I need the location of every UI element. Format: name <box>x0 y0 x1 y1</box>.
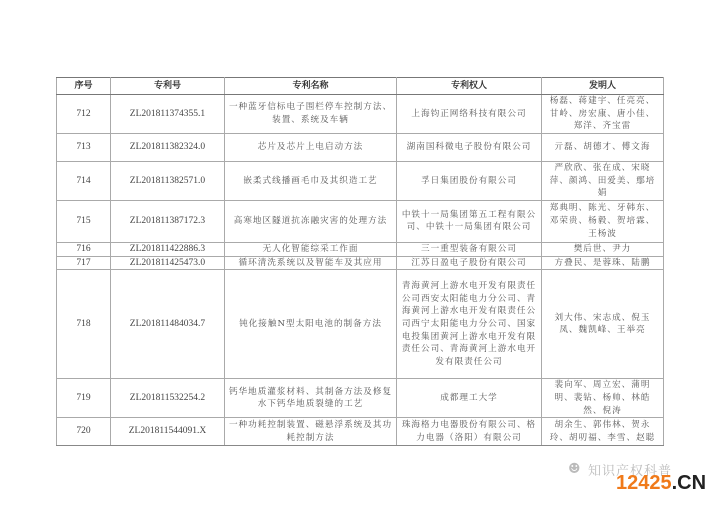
table-header-row: 序号 专利号 专利名称 专利权人 发明人 <box>57 78 664 95</box>
header-patent-owner: 专利权人 <box>397 78 542 95</box>
cell-patent-owner: 江苏日盈电子股份有限公司 <box>397 256 542 270</box>
cell-inventors: 刘大伟、宋志成、倪玉凤、魏凯峰、王举亮 <box>542 270 664 379</box>
cell-patent-number: ZL201811484034.7 <box>111 270 225 379</box>
table-row: 716 ZL201811422886.3 无人化智能综采工作面 三一重型装备有限… <box>57 242 664 256</box>
cell-seq: 713 <box>57 134 111 162</box>
cell-inventors: 裴向军、周立宏、蒲明明、裴钻、杨帅、林皓然、倪涛 <box>542 379 664 418</box>
cell-inventors: 郑典明、陈光、牙韩东、邓荣贵、杨毅、贺培霖、王杨波 <box>542 200 664 242</box>
cell-patent-name: 钝化接触N型太阳电池的制备方法 <box>225 270 397 379</box>
cell-patent-number: ZL201811382571.0 <box>111 162 225 201</box>
table-row: 714 ZL201811382571.0 嵌柔式线播画毛巾及其织造工艺 孚日集团… <box>57 162 664 201</box>
watermark: ☻ 知识产权科普 12425.CN <box>562 460 712 500</box>
cell-seq: 718 <box>57 270 111 379</box>
cell-patent-number: ZL201811532254.2 <box>111 379 225 418</box>
cell-seq: 716 <box>57 242 111 256</box>
cell-seq: 720 <box>57 418 111 446</box>
cell-patent-name: 嵌柔式线播画毛巾及其织造工艺 <box>225 162 397 201</box>
cell-patent-name: 钙华地质灌浆材料、其制备方法及修复水下钙华地质裂缝的工艺 <box>225 379 397 418</box>
cell-patent-owner: 青海黄河上游水电开发有限责任公司西安太阳能电力分公司、青海黄河上游水电开发有限责… <box>397 270 542 379</box>
watermark-site-number: 12425 <box>616 472 672 494</box>
cell-patent-number: ZL201811382324.0 <box>111 134 225 162</box>
table-row: 713 ZL201811382324.0 芯片及芯片上电启动方法 湖南国科微电子… <box>57 134 664 162</box>
header-patent-name: 专利名称 <box>225 78 397 95</box>
cell-patent-name: 一种蓝牙信标电子围栏停车控制方法、装置、系统及车辆 <box>225 95 397 134</box>
cell-seq: 714 <box>57 162 111 201</box>
cell-inventors: 杨磊、蒋建宇、任亮亮、甘岭、房宏康、唐小佳、郑洋、齐宝雷 <box>542 95 664 134</box>
table-row: 718 ZL201811484034.7 钝化接触N型太阳电池的制备方法 青海黄… <box>57 270 664 379</box>
header-seq: 序号 <box>57 78 111 95</box>
cell-inventors: 胡余生、郭伟林、贺永玲、胡叨福、李雪、赵聪 <box>542 418 664 446</box>
table-row: 712 ZL201811374355.1 一种蓝牙信标电子围栏停车控制方法、装置… <box>57 95 664 134</box>
cell-patent-name: 无人化智能综采工作面 <box>225 242 397 256</box>
header-inventors: 发明人 <box>542 78 664 95</box>
cell-inventors: 亓磊、胡德才、傅文海 <box>542 134 664 162</box>
cell-patent-owner: 三一重型装备有限公司 <box>397 242 542 256</box>
cell-patent-owner: 孚日集团股份有限公司 <box>397 162 542 201</box>
cell-seq: 715 <box>57 200 111 242</box>
cell-patent-name: 高寒地区隧道抗冻融灾害的处理方法 <box>225 200 397 242</box>
header-patent-number: 专利号 <box>111 78 225 95</box>
table-row: 717 ZL201811425473.0 循环清洗系统以及智能车及其应用 江苏日… <box>57 256 664 270</box>
table-row: 715 ZL201811387172.3 高寒地区隧道抗冻融灾害的处理方法 中铁… <box>57 200 664 242</box>
cell-inventors: 方叠民、是蓉珠、陆鹏 <box>542 256 664 270</box>
table-row: 720 ZL201811544091.X 一种功耗控制装置、磁悬浮系统及其功耗控… <box>57 418 664 446</box>
cell-patent-number: ZL201811374355.1 <box>111 95 225 134</box>
cell-patent-name: 循环清洗系统以及智能车及其应用 <box>225 256 397 270</box>
cell-patent-owner: 中铁十一局集团第五工程有限公司、中铁十一局集团有限公司 <box>397 200 542 242</box>
cell-inventors: 严欣欣、张在成、宋晓萍、颜鸿、田爱美、鄢培娟 <box>542 162 664 201</box>
cell-seq: 717 <box>57 256 111 270</box>
patent-table: 序号 专利号 专利名称 专利权人 发明人 712 ZL201811374355.… <box>56 77 664 446</box>
cell-seq: 719 <box>57 379 111 418</box>
cell-inventors: 樊后世、尹力 <box>542 242 664 256</box>
cell-patent-name: 芯片及芯片上电启动方法 <box>225 134 397 162</box>
cell-patent-number: ZL201811425473.0 <box>111 256 225 270</box>
table-row: 719 ZL201811532254.2 钙华地质灌浆材料、其制备方法及修复水下… <box>57 379 664 418</box>
watermark-site-suffix: .CN <box>672 472 706 494</box>
watermark-site: 12425.CN <box>616 472 706 495</box>
cell-patent-owner: 上海钧正网络科技有限公司 <box>397 95 542 134</box>
cell-patent-owner: 湖南国科微电子股份有限公司 <box>397 134 542 162</box>
cell-patent-owner: 成都理工大学 <box>397 379 542 418</box>
cell-patent-owner: 珠海格力电器股份有限公司、格力电器（洛阳）有限公司 <box>397 418 542 446</box>
cell-patent-name: 一种功耗控制装置、磁悬浮系统及其功耗控制方法 <box>225 418 397 446</box>
cell-patent-number: ZL201811422886.3 <box>111 242 225 256</box>
cell-patent-number: ZL201811387172.3 <box>111 200 225 242</box>
wechat-icon: ☻ <box>568 461 581 477</box>
cell-patent-number: ZL201811544091.X <box>111 418 225 446</box>
cell-seq: 712 <box>57 95 111 134</box>
